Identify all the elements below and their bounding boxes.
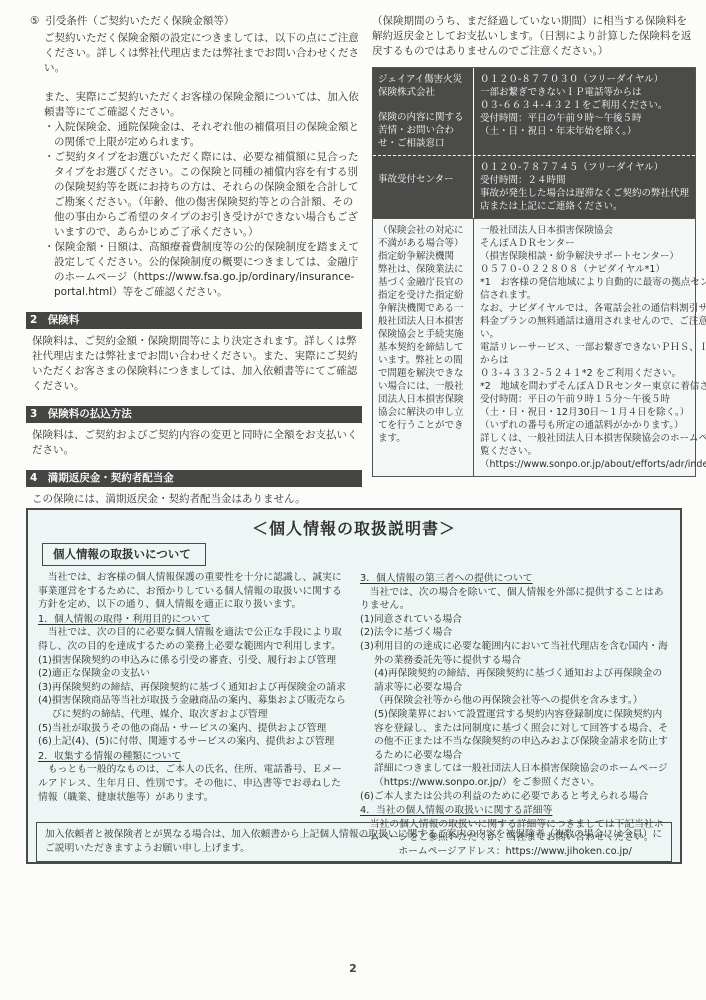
contact-table: ジェイアイ傷害火災保険株式会社 保険の内容に関する苦情・お問い合わせ・ご相談窓口… [372, 67, 696, 477]
privacy-list-item: (2)法令に基づく場合 [360, 626, 670, 640]
contact-row-label: 事故受付センター [373, 156, 473, 218]
privacy-list-item: (5)当社が取扱うその他の商品・サービスの案内、提供および管理 [38, 722, 348, 736]
page-number: 2 [0, 962, 706, 975]
privacy-list-item: (4)再保険契約の締結、再保険契約に基づく通知および再保険金の請求等に必要な場合… [360, 667, 670, 708]
contact-row-content: ０１２０-７８７７４５（フリーダイヤル） 受付時間：２４時間 事故が発生した場合… [473, 156, 695, 218]
privacy-list-item: (3)利用目的の達成に必要な範囲内において当社代理店を含む国内・海外の業務委託先… [360, 640, 670, 667]
contact-row-label: ジェイアイ傷害火災保険株式会社 保険の内容に関する苦情・お問い合わせ・ご相談窓口 [373, 68, 473, 155]
adr-row-label: （保険会社の対応に不満がある場合等） 指定紛争解決機関 弊社は、保険業法に基づく… [373, 219, 473, 476]
item5-block: ⑤ 引受条件（ご契約いただく保険金額等） ご契約いただく保険金額の設定につきまし… [30, 14, 362, 300]
policyholder-notice-box: 加入依頼者と被保険者とが異なる場合は、加入依頼書から上記個人情報の取扱いに関する… [36, 822, 672, 862]
privacy-right-column: 3．個人情報の第三者への提供について 当社では、次の場合を除いて、個人情報を外部… [360, 571, 670, 858]
privacy-box-label: 個人情報の取扱いについて [42, 543, 206, 566]
adr-label-heading: （保険会社の対応に不満がある場合等） 指定紛争解決機関 [378, 224, 469, 263]
section-header-premium: 2 保険料 [26, 312, 362, 329]
item5-title: ⑤ 引受条件（ご契約いただく保険金額等） [30, 14, 362, 29]
privacy-title: ＜個人情報の取扱説明書＞ [38, 516, 670, 539]
table-row-adr-center: （保険会社の対応に不満がある場合等） 指定紛争解決機関 弊社は、保険業法に基づく… [373, 218, 695, 476]
privacy-list-item: (4)損害保険商品等当社が取扱う金融商品の案内、募集および販売ならびに契約の締結… [38, 694, 348, 721]
adr-row-content: 一般社団法人日本損害保険協会 そんぽＡＤＲセンター （損害保険相談・紛争解決サポ… [473, 219, 706, 476]
item5-bullet: ・入院保険金、通院保険金は、それぞれ他の補償項目の保険金額との関係で上限が定めら… [44, 120, 362, 150]
privacy-heading-4: 4．当社の個人情報の取扱いに関する詳細等 [360, 804, 670, 818]
item5-paragraph-1: ご契約いただく保険金額の設定につきましては、以下の点にご注意ください。詳しくは弊… [44, 31, 362, 76]
item5-bullet: ・ご契約タイプをお選びいただく際には、必要な補償額に見合ったタイプをお選びくださ… [44, 150, 362, 240]
privacy-left-column: 当社では、お客様の個人情報保護の重要性を十分に認識し、誠実に事業運営をするために… [38, 571, 348, 858]
adr-label-body: 弊社は、保険業法に基づく金融庁長官の指定を受けた指定紛争解決機関である一般社団法… [378, 263, 469, 445]
table-row-accident-center: 事故受付センター ０１２０-７８７７４５（フリーダイヤル） 受付時間：２４時間 … [373, 155, 695, 218]
privacy-paragraph: もっとも一般的なものは、ご本人の氏名、住所、電話番号、Ｅメールアドレス、生年月日… [38, 763, 348, 804]
right-column: （保険期間のうち、まだ経過していない期間）に相当する保険料を解約返戻金としてお支… [372, 14, 696, 586]
section-body: 保険料は、ご契約およびご契約内容の変更と同時に全額をお支払いください。 [30, 428, 362, 458]
document-page: ⑤ 引受条件（ご契約いただく保険金額等） ご契約いただく保険金額の設定につきまし… [0, 0, 706, 1000]
privacy-list-item: (6)ご本人または公共の利益のために必要であると考えられる場合 [360, 790, 670, 804]
privacy-list-item: (3)再保険契約の締結、再保険契約に基づく通知および再保険金の請求 [38, 681, 348, 695]
company-name: ジェイアイ傷害火災保険株式会社 [378, 73, 469, 99]
item5-marker: ⑤ [30, 14, 39, 29]
contact-window-label: 保険の内容に関する苦情・お問い合わせ・ご相談窓口 [378, 111, 469, 150]
privacy-columns: 当社では、お客様の個人情報保護の重要性を十分に認識し、誠実に事業運営をするために… [38, 571, 670, 858]
privacy-heading-3: 3．個人情報の第三者への提供について [360, 572, 670, 586]
item5-body: ご契約いただく保険金額の設定につきましては、以下の点にご注意ください。詳しくは弊… [30, 31, 362, 300]
privacy-list-item: (6)上記(4)、(5)に付帯、関連するサービスの案内、提供および管理 [38, 735, 348, 749]
privacy-paragraph: 当社では、次の目的に必要な個人情報を適法で公正な手段により取得し、次の目的を達成… [38, 626, 348, 653]
privacy-list-item: (2)適正な保険金の支払い [38, 667, 348, 681]
section-premium: 2 保険料 保険料は、ご契約金額・保険期間等により決定されます。詳しくは弊社代理… [30, 312, 362, 394]
privacy-list-item: (5)保険業界において設置運営する契約内容登録制度に保険契約内容を登録し、または… [360, 708, 670, 790]
privacy-heading-2: 2．収集する情報の種類について [38, 750, 348, 764]
section-body: この保険には、満期返戻金・契約者配当金はありません。 [30, 492, 362, 507]
item5-bullet: ・保険金額・日額は、高額療養費制度等の公的保険制度を踏まえて設定してください。公… [44, 240, 362, 300]
section-header-payment-method: 3 保険料の払込方法 [26, 406, 362, 423]
privacy-policy-box: ＜個人情報の取扱説明書＞ 個人情報の取扱いについて 当社では、お客様の個人情報保… [26, 508, 682, 864]
privacy-paragraph: 当社では、次の場合を除いて、個人情報を外部に提供することはありません。 [360, 586, 670, 613]
contact-row-content: ０１２０-８７７０３０（フリーダイヤル） 一部お繋ぎできないＩＰ電話等からは ０… [473, 68, 695, 155]
section-header-maturity-refund: 4 満期返戻金・契約者配当金 [26, 470, 362, 487]
section-body: 保険料は、ご契約金額・保険期間等により決定されます。詳しくは弊社代理店または弊社… [30, 334, 362, 394]
privacy-intro: 当社では、お客様の個人情報保護の重要性を十分に認識し、誠実に事業運営をするために… [38, 571, 348, 612]
cancellation-continuation-text: （保険期間のうち、まだ経過していない期間）に相当する保険料を解約返戻金としてお支… [372, 14, 696, 59]
privacy-heading-1: 1．個人情報の取得・利用目的について [38, 613, 348, 627]
accident-center-label: 事故受付センター [378, 173, 469, 186]
section-maturity-refund: 4 満期返戻金・契約者配当金 この保険には、満期返戻金・契約者配当金はありません… [30, 470, 362, 507]
privacy-list-item: (1)同意されている場合 [360, 613, 670, 627]
top-section: ⑤ 引受条件（ご契約いただく保険金額等） ご契約いただく保険金額の設定につきまし… [0, 0, 706, 586]
section-payment-method: 3 保険料の払込方法 保険料は、ご契約およびご契約内容の変更と同時に全額をお支払… [30, 406, 362, 458]
left-column: ⑤ 引受条件（ご契約いただく保険金額等） ご契約いただく保険金額の設定につきまし… [30, 14, 362, 586]
item5-paragraph-2: また、実際にご契約いただくお客様の保険金額については、加入依頼書等にてご確認くだ… [44, 90, 362, 120]
table-row-company-contact: ジェイアイ傷害火災保険株式会社 保険の内容に関する苦情・お問い合わせ・ご相談窓口… [373, 68, 695, 155]
item5-title-text: 引受条件（ご契約いただく保険金額等） [45, 14, 234, 29]
privacy-list-item: (1)損害保険契約の申込みに係る引受の審査、引受、履行および管理 [38, 654, 348, 668]
